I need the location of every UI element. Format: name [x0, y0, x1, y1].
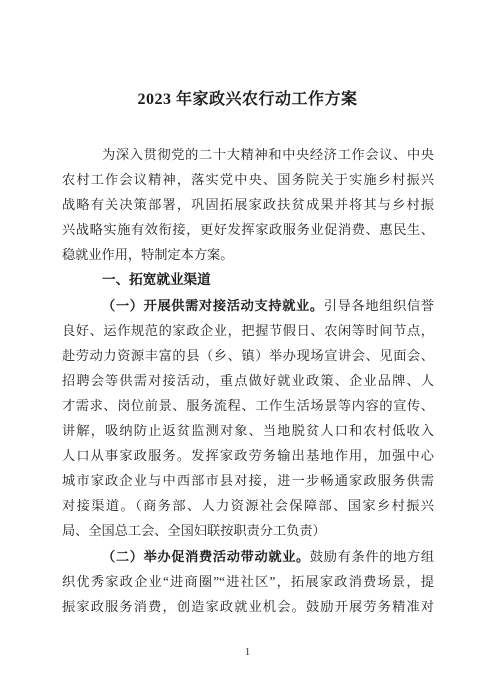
body-text-run: 农村工作会议精神，落实党中央、国务院关于实施乡村振兴 — [62, 172, 434, 187]
text-line: 城市家政企业与中西部市县对接，进一步畅通家政服务供需 — [62, 468, 434, 493]
body-text-run: 局、全国总工会、全国妇联按职责分工负责） — [62, 523, 326, 538]
body-text-run: 振家政服务消费，创造家政就业机会。鼓励开展劳务精准对 — [62, 599, 434, 614]
body-text-run: 对接渠道。（商务部、人力资源社会保障部、国家乡村振兴 — [62, 498, 434, 513]
body-text-run: 赴劳动力资源丰富的县（乡、镇）举办现场宣讲会、见面会、 — [62, 348, 434, 363]
text-line: 讲解，吸纳防止返贫监测对象、当地脱贫人口和农村低收入 — [62, 418, 434, 443]
subsection-heading: （一）开展供需对接活动支持就业。 — [102, 298, 324, 313]
text-line: 赴劳动力资源丰富的县（乡、镇）举办现场宣讲会、见面会、 — [62, 343, 434, 368]
text-line: 一、拓宽就业渠道 — [62, 267, 434, 292]
text-line: 农村工作会议精神，落实党中央、国务院关于实施乡村振兴 — [62, 167, 434, 192]
document-page: 2023 年家政兴农行动工作方案 为深入贯彻党的二十大精神和中央经济工作会议、中… — [0, 0, 495, 700]
body-text-run: 鼓励有条件的地方组 — [310, 549, 434, 564]
text-line: 兴战略实施有效衔接，更好发挥家政服务业促消费、惠民生、 — [62, 217, 434, 242]
text-line: 局、全国总工会、全国妇联按职责分工负责） — [62, 518, 434, 543]
text-line: 为深入贯彻党的二十大精神和中央经济工作会议、中央 — [62, 142, 434, 167]
text-line: 对接渠道。（商务部、人力资源社会保障部、国家乡村振兴 — [62, 493, 434, 518]
body-text-run: 人口从事家政服务。发挥家政劳务输出基地作用，加强中心 — [62, 448, 434, 463]
body-text-run: 兴战略实施有效衔接，更好发挥家政服务业促消费、惠民生、 — [62, 222, 434, 237]
body-text-run: 良好、运作规范的家政企业，把握节假日、农闲等时间节点， — [62, 323, 434, 338]
body-text-run: 为深入贯彻党的二十大精神和中央经济工作会议、中央 — [102, 147, 434, 162]
text-line: （二）举办促消费活动带动就业。鼓励有条件的地方组 — [62, 544, 434, 569]
text-line: 良好、运作规范的家政企业，把握节假日、农闲等时间节点， — [62, 318, 434, 343]
text-line: （一）开展供需对接活动支持就业。引导各地组织信誉 — [62, 293, 434, 318]
body-text-run: 引导各地组织信誉 — [324, 298, 434, 313]
body-text-run: 才需求、岗位前景、服务流程、工作生活场景等内容的宣传、 — [62, 398, 434, 413]
body-text-run: 稳就业作用，特制定本方案。 — [62, 247, 233, 262]
section-heading: 一、拓宽就业渠道 — [102, 272, 211, 287]
text-line: 人口从事家政服务。发挥家政劳务输出基地作用，加强中心 — [62, 443, 434, 468]
page-number: 1 — [0, 646, 495, 658]
body-text-run: 织优秀家政企业“进商圈”“进社区”，拓展家政消费场景，提 — [62, 574, 434, 589]
body-text-run: 讲解，吸纳防止返贫监测对象、当地脱贫人口和农村低收入 — [62, 423, 434, 438]
body-text-run: 战略有关决策部署，巩固拓展家政扶贫成果并将其与乡村振 — [62, 197, 434, 212]
document-title: 2023 年家政兴农行动工作方案 — [0, 86, 495, 109]
body-text-run: 城市家政企业与中西部市县对接，进一步畅通家政服务供需 — [62, 473, 434, 488]
text-line: 才需求、岗位前景、服务流程、工作生活场景等内容的宣传、 — [62, 393, 434, 418]
text-line: 振家政服务消费，创造家政就业机会。鼓励开展劳务精准对 — [62, 594, 434, 619]
subsection-heading: （二）举办促消费活动带动就业。 — [102, 549, 310, 564]
text-line: 战略有关决策部署，巩固拓展家政扶贫成果并将其与乡村振 — [62, 192, 434, 217]
text-line: 招聘会等供需对接活动，重点做好就业政策、企业品牌、人 — [62, 368, 434, 393]
document-body: 为深入贯彻党的二十大精神和中央经济工作会议、中央农村工作会议精神，落实党中央、国… — [62, 142, 434, 619]
text-line: 织优秀家政企业“进商圈”“进社区”，拓展家政消费场景，提 — [62, 569, 434, 594]
text-line: 稳就业作用，特制定本方案。 — [62, 242, 434, 267]
body-text-run: 招聘会等供需对接活动，重点做好就业政策、企业品牌、人 — [62, 373, 434, 388]
